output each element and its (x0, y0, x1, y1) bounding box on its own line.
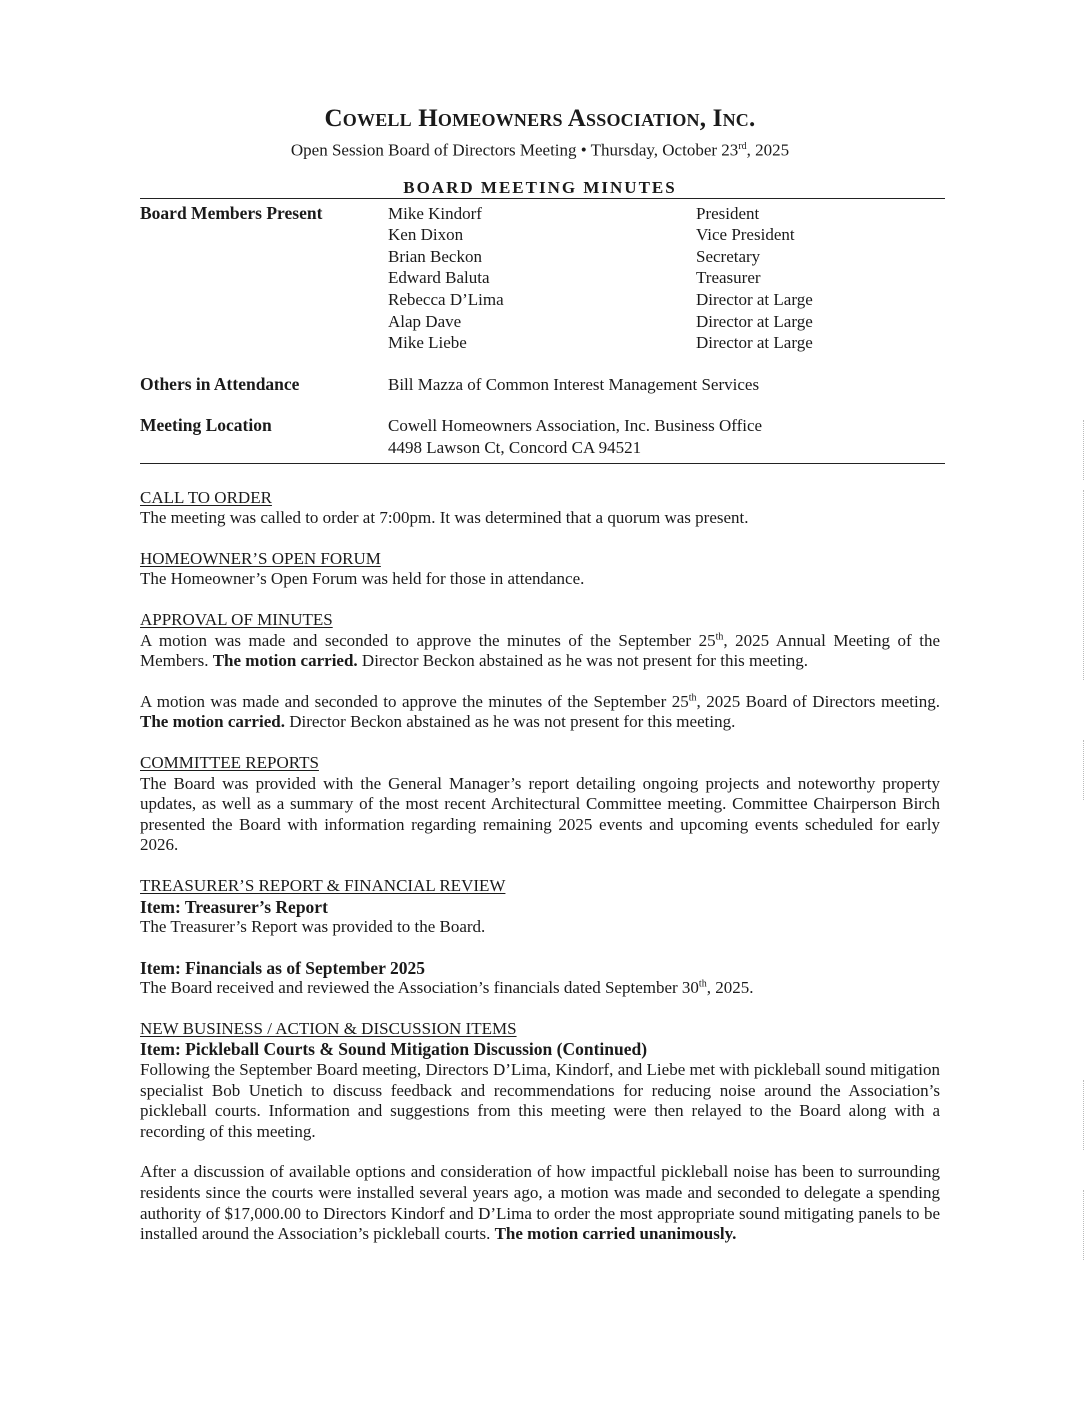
location-line-2: 4498 Lawson Ct, Concord CA 94521 (388, 437, 945, 459)
section-title-treasurers-report: TREASURER’S REPORT & FINANCIAL REVIEW (140, 876, 940, 897)
minutes-body: CALL TO ORDER The meeting was called to … (140, 488, 940, 1245)
member-name: Brian Beckon (388, 246, 696, 268)
document-page: Cowell Homeowners Association, Inc. Open… (140, 104, 940, 1245)
text-run: , 2025 Board of Directors meeting. (697, 692, 941, 711)
member-role: President (696, 203, 945, 225)
meeting-subtitle: Open Session Board of Directors Meeting … (140, 136, 940, 162)
scan-artifact (1083, 1080, 1085, 1150)
member-role: Director at Large (696, 332, 945, 354)
meeting-date: Thursday, October 23 (591, 141, 739, 160)
member-name: Edward Baluta (388, 267, 696, 289)
document-title: BOARD MEETING MINUTES (140, 178, 940, 198)
board-member-row: Ken Dixon Vice President (140, 224, 945, 246)
section-title-call-to-order: CALL TO ORDER (140, 488, 940, 509)
section-title-committee-reports: COMMITTEE REPORTS (140, 753, 940, 774)
ordinal: th (689, 692, 697, 703)
others-label: Others in Attendance (140, 374, 388, 396)
text-run: Director Beckon abstained as he was not … (358, 651, 808, 670)
ordinal: th (699, 979, 707, 990)
board-member-row: Alap Dave Director at Large (140, 311, 945, 333)
member-role: Director at Large (696, 311, 945, 333)
board-member-row: Mike Liebe Director at Large (140, 332, 945, 354)
scan-artifact (1083, 1190, 1085, 1260)
text-run: A motion was made and seconded to approv… (140, 692, 689, 711)
bottom-divider (140, 463, 945, 464)
member-role: Secretary (696, 246, 945, 268)
member-role: Treasurer (696, 267, 945, 289)
board-member-row: Rebecca D’Lima Director at Large (140, 289, 945, 311)
scan-artifact (1083, 420, 1085, 480)
text-run: The Board received and reviewed the Asso… (140, 978, 699, 997)
board-members-label: Board Members Present (140, 203, 388, 225)
section-title-open-forum: HOMEOWNER’S OPEN FORUM (140, 549, 940, 570)
scan-artifact (1083, 740, 1085, 800)
top-divider (140, 198, 945, 199)
member-name: Rebecca D’Lima (388, 289, 696, 311)
motion-result: The motion carried. (140, 712, 285, 731)
call-to-order-text: The meeting was called to order at 7:00p… (140, 508, 940, 529)
text-run: Director Beckon abstained as he was not … (285, 712, 735, 731)
section-title-approval-of-minutes: APPROVAL OF MINUTES (140, 610, 940, 631)
location-line-1: Cowell Homeowners Association, Inc. Busi… (388, 415, 945, 437)
treasurers-report-text: The Treasurer’s Report was provided to t… (140, 917, 940, 938)
organization-title: Cowell Homeowners Association, Inc. (140, 104, 940, 134)
item-title-treasurers-report: Item: Treasurer’s Report (140, 897, 940, 918)
pickleball-paragraph-1: Following the September Board meeting, D… (140, 1060, 940, 1142)
date-ordinal: rd (738, 141, 746, 152)
board-member-row: Edward Baluta Treasurer (140, 267, 945, 289)
motion-result: The motion carried unanimously. (495, 1224, 737, 1243)
others-row: Others in Attendance Bill Mazza of Commo… (140, 374, 945, 396)
item-title-financials: Item: Financials as of September 2025 (140, 958, 940, 979)
motion-result: The motion carried. (213, 651, 358, 670)
committee-reports-text: The Board was provided with the General … (140, 774, 940, 856)
board-member-row: Board Members Present Mike Kindorf Presi… (140, 203, 945, 225)
item-title-pickleball: Item: Pickleball Courts & Sound Mitigati… (140, 1039, 940, 1060)
member-role: Director at Large (696, 289, 945, 311)
location-label: Meeting Location (140, 415, 388, 437)
attendance-table: Board Members Present Mike Kindorf Presi… (140, 203, 945, 459)
text-run: A motion was made and seconded to approv… (140, 631, 716, 650)
section-title-new-business: NEW BUSINESS / ACTION & DISCUSSION ITEMS (140, 1019, 940, 1040)
location-row: 4498 Lawson Ct, Concord CA 94521 (140, 437, 945, 459)
approval-paragraph-2: A motion was made and seconded to approv… (140, 692, 940, 733)
bullet-separator: • (581, 141, 587, 160)
member-name: Mike Liebe (388, 332, 696, 354)
financials-text: The Board received and reviewed the Asso… (140, 978, 940, 999)
member-name: Alap Dave (388, 311, 696, 333)
scan-artifact (1083, 490, 1085, 680)
approval-paragraph-1: A motion was made and seconded to approv… (140, 631, 940, 672)
board-member-row: Brian Beckon Secretary (140, 246, 945, 268)
pickleball-paragraph-2: After a discussion of available options … (140, 1162, 940, 1244)
member-name: Ken Dixon (388, 224, 696, 246)
member-name: Mike Kindorf (388, 203, 696, 225)
meeting-type: Open Session Board of Directors Meeting (291, 141, 577, 160)
location-row: Meeting Location Cowell Homeowners Assoc… (140, 415, 945, 437)
text-run: , 2025. (707, 978, 754, 997)
others-value: Bill Mazza of Common Interest Management… (388, 374, 945, 396)
open-forum-text: The Homeowner’s Open Forum was held for … (140, 569, 940, 590)
meeting-year: , 2025 (747, 141, 790, 160)
member-role: Vice President (696, 224, 945, 246)
